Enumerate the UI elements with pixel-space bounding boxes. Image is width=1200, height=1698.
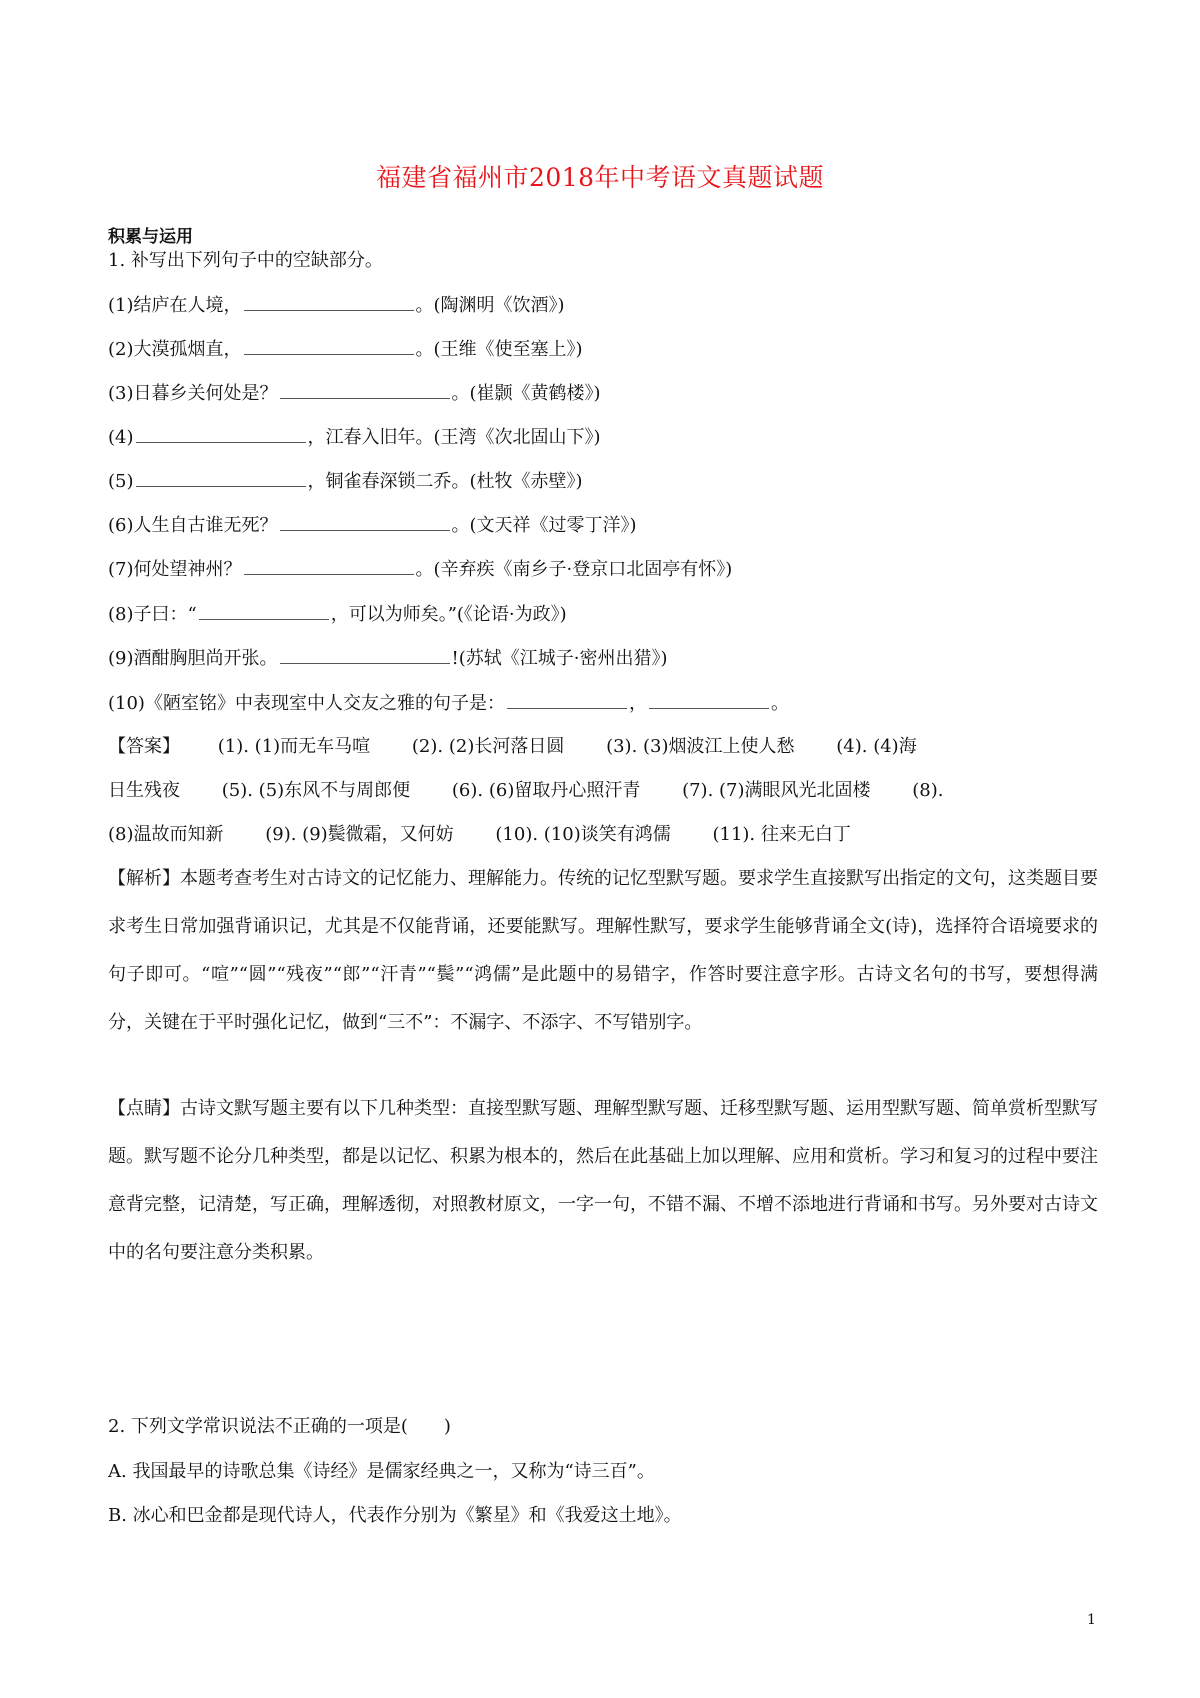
item-prefix: (6)人生自古谁无死？ [108,515,278,536]
item-prefix: (10)《陋室铭》中表现室中人交友之雅的句子是： [108,693,505,714]
answer-blank[interactable] [244,556,414,575]
answer-item: (11). 往来无白丁 [712,823,850,847]
fill-item-5: (5)，铜雀春深锁二乔。(杜牧《赤壁》) [108,468,583,494]
comment-text: 古诗文默写题主要有以下几种类型：直接型默写题、理解型默写题、迁移型默写题、运用型… [108,1098,1098,1263]
item-suffix: ，江春入旧年。(王湾《次北固山下》) [308,427,601,448]
page-number: 1 [1087,1612,1096,1628]
fill-item-10: (10)《陋室铭》中表现室中人交友之雅的句子是：，。 [108,690,789,716]
option-b: B. 冰心和巴金都是现代诗人，代表作分别为《繁星》和《我爱这土地》。 [108,1504,682,1528]
item-prefix: (3)日暮乡关何处是？ [108,383,278,404]
answer-item: (5). (5)东风不与周郎便 [222,779,410,803]
item-prefix: (5) [108,471,134,492]
answer-item: (8)温故而知新 [108,823,224,847]
answer-blank[interactable] [244,292,414,311]
answer-label: 【答案】 [108,736,180,757]
item-suffix: 。(辛弃疾《南乡子·登京口北固亭有怀》) [416,559,733,580]
item-suffix: 。(崔颢《黄鹤楼》) [452,383,601,404]
question-2-stem: 2. 下列文学常识说法不正确的一项是( ) [108,1415,451,1439]
analysis-paragraph: 【解析】本题考查考生对古诗文的记忆能力、理解能力。传统的记忆型默写题。要求学生直… [108,855,1098,1047]
answer-item: (8). [912,779,943,803]
answer-blank[interactable] [280,645,450,664]
answer-item: (3). (3)烟波江上使人愁 [606,735,794,759]
answer-item: (2). (2)长河落日圆 [412,735,564,759]
item-prefix: (4) [108,427,134,448]
question-1-stem: 1. 补写出下列句子中的空缺部分。 [108,249,383,273]
fill-item-3: (3)日暮乡关何处是？。(崔颢《黄鹤楼》) [108,380,601,406]
answer-line-1: 【答案】 (1). (1)而无车马喧 (2). (2)长河落日圆 (3). (3… [108,735,917,759]
answer-blank[interactable] [199,601,329,620]
answer-blank[interactable] [280,512,450,531]
item-suffix: ，铜雀春深锁二乔。(杜牧《赤壁》) [308,471,583,492]
answer-blank[interactable] [136,424,306,443]
item-prefix: (8)子曰：“ [108,604,197,625]
answer-blank[interactable] [136,468,306,487]
item-separator: ， [629,693,647,714]
fill-item-2: (2)大漠孤烟直，。(王维《使至塞上》) [108,336,583,362]
item-suffix: 。(王维《使至塞上》) [416,339,583,360]
fill-item-7: (7)何处望神州？。(辛弃疾《南乡子·登京口北固亭有怀》) [108,556,732,582]
analysis-text: 本题考查考生对古诗文的记忆能力、理解能力。传统的记忆型默写题。要求学生直接默写出… [108,868,1098,1033]
item-suffix: 。(文天祥《过零丁洋》) [452,515,637,536]
answer-blank[interactable] [507,690,627,709]
answer-item: 日生残夜 [108,779,180,803]
item-suffix: 。 [771,693,789,714]
document-page: 福建省福州市2018年中考语文真题试题 积累与运用 1. 补写出下列句子中的空缺… [0,0,1200,1698]
comment-label: 【点睛】 [108,1098,180,1119]
section-heading: 积累与运用 [108,222,193,247]
comment-paragraph: 【点睛】古诗文默写题主要有以下几种类型：直接型默写题、理解型默写题、迁移型默写题… [108,1085,1098,1277]
item-prefix: (9)酒酣胸胆尚开张。 [108,648,278,669]
answer-item: (7). (7)满眼风光北固楼 [682,779,870,803]
item-suffix: !(苏轼《江城子·密州出猎》) [452,648,668,669]
analysis-label: 【解析】 [108,868,180,889]
answer-item: (1). (1)而无车马喧 [218,735,370,759]
answer-blank[interactable] [280,380,450,399]
fill-item-4: (4)，江春入旧年。(王湾《次北固山下》) [108,424,601,450]
item-prefix: (2)大漠孤烟直， [108,339,242,360]
answer-item: (6). (6)留取丹心照汗青 [452,779,640,803]
answer-item: (9). (9)鬓微霜，又何妨 [265,823,453,847]
answer-blank[interactable] [244,336,414,355]
answer-item: (4). (4)海 [836,735,916,759]
answer-line-3: (8)温故而知新 (9). (9)鬓微霜，又何妨 (10). (10)谈笑有鸿儒… [108,823,887,847]
item-prefix: (1)结庐在人境， [108,295,242,316]
option-a: A. 我国最早的诗歌总集《诗经》是儒家经典之一，又称为“诗三百”。 [108,1460,655,1484]
answer-line-2: 日生残夜 (5). (5)东风不与周郎便 (6). (6)留取丹心照汗青 (7)… [108,779,943,803]
answer-blank[interactable] [649,690,769,709]
item-suffix: ，可以为师矣。”(《论语·为政》) [331,604,567,625]
fill-item-1: (1)结庐在人境，。(陶渊明《饮酒》) [108,292,565,318]
document-title: 福建省福州市2018年中考语文真题试题 [0,158,1200,194]
fill-item-8: (8)子曰：“，可以为师矣。”(《论语·为政》) [108,601,567,627]
fill-item-9: (9)酒酣胸胆尚开张。!(苏轼《江城子·密州出猎》) [108,645,668,671]
item-prefix: (7)何处望神州？ [108,559,242,580]
fill-item-6: (6)人生自古谁无死？。(文天祥《过零丁洋》) [108,512,637,538]
answer-item: (10). (10)谈笑有鸿儒 [495,823,670,847]
item-suffix: 。(陶渊明《饮酒》) [416,295,565,316]
